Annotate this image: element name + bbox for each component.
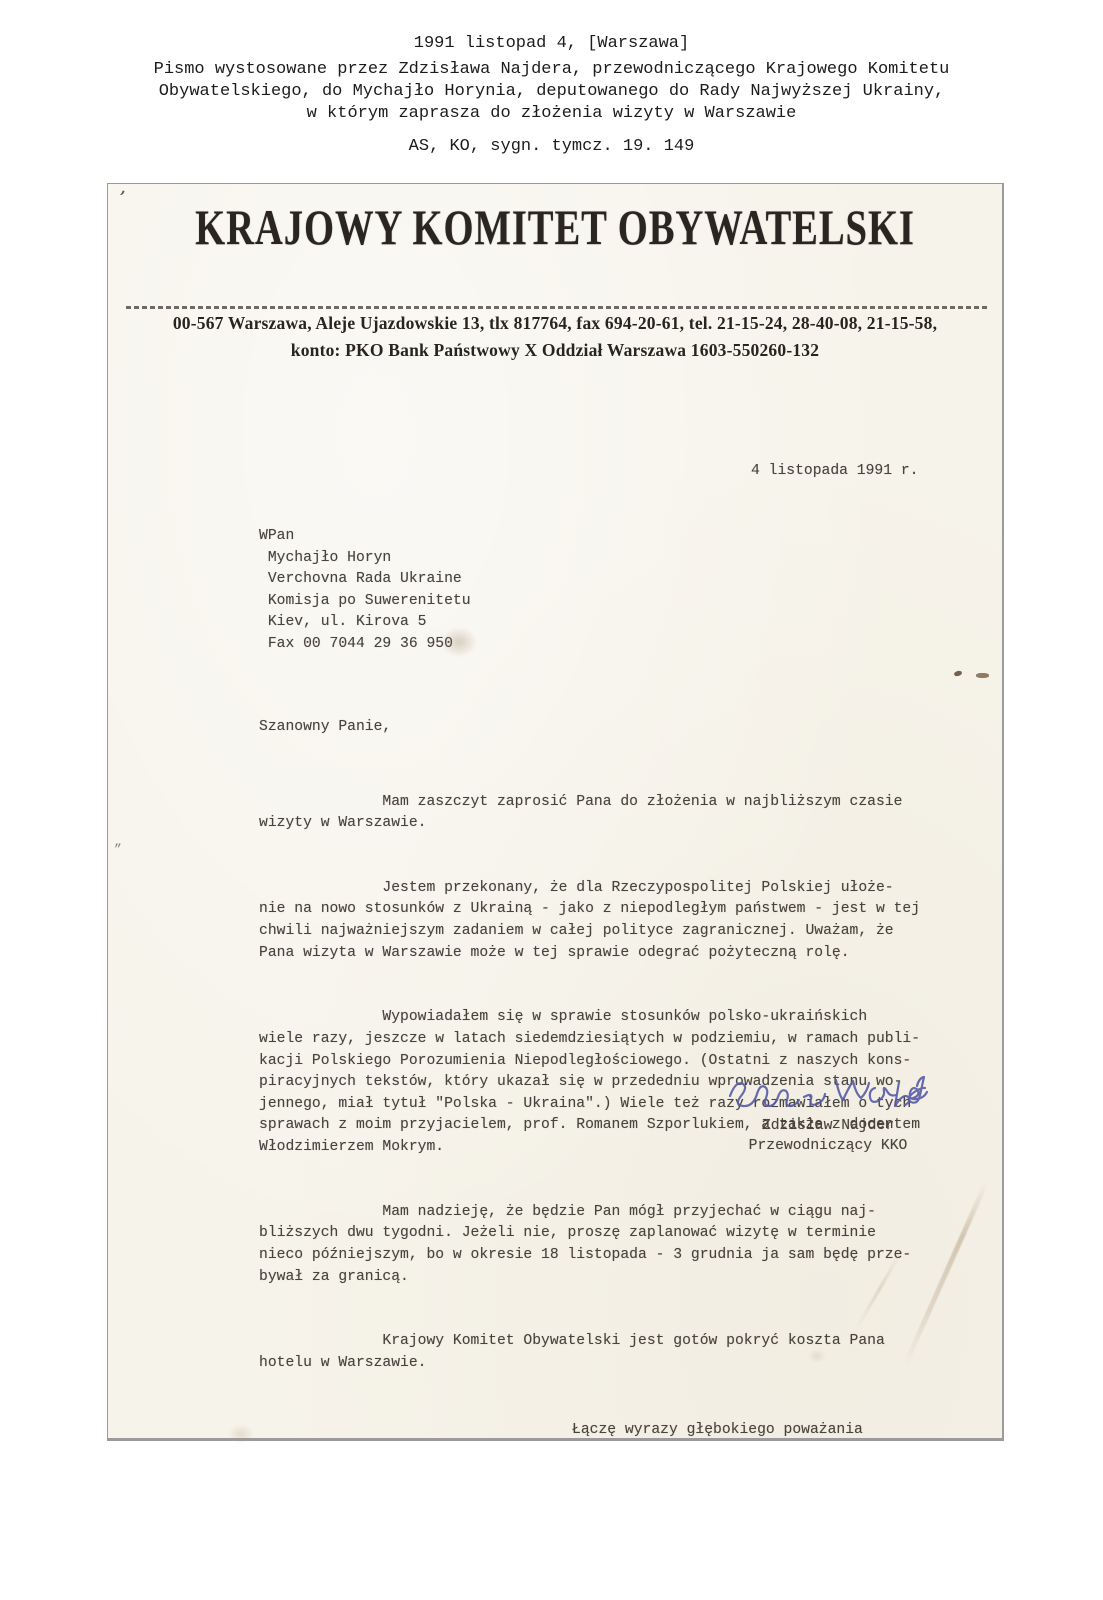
letterhead-title: KRAJOWY KOMITET OBYWATELSKI [144, 204, 966, 254]
letter-body: 4 listopada 1991 r. WPan Mychajło Horyn … [259, 418, 959, 1485]
letter-date: 4 listopada 1991 r. [751, 461, 959, 483]
recipient-address: WPan Mychajło Horyn Verchovna Rada Ukrai… [259, 526, 959, 656]
paragraph-2: Jestem przekonany, że dla Rzeczypospolit… [259, 878, 959, 964]
paper-speck [976, 673, 989, 678]
paper-margin-mark: „ [114, 834, 124, 850]
pen-tick-mark: ’ [115, 186, 127, 211]
paragraph-5: Krajowy Komitet Obywatelski jest gotów p… [259, 1331, 959, 1374]
signer-title: Przewodniczący KKO [668, 1136, 988, 1156]
letterhead-address-line1: 00-567 Warszawa, Aleje Ujazdowskie 13, t… [108, 313, 1002, 334]
salutation: Szanowny Panie, [259, 717, 959, 739]
archive-reference: AS, KO, sygn. tymcz. 19. 149 [0, 136, 1103, 158]
closing-line: Łączę wyrazy głębokiego poważania [572, 1420, 959, 1442]
signer-name: Zdzisław Najder [668, 1116, 988, 1136]
archive-note: 1991 listopad 4, [Warszawa] Pismo wystos… [0, 33, 1103, 158]
archive-description: Pismo wystosowane przez Zdzisława Najder… [0, 59, 1103, 125]
signature-handwriting-icon [723, 1066, 928, 1118]
paragraph-1: Mam zaszczyt zaprosić Pana do złożenia w… [259, 792, 959, 835]
scanned-letter-page: ’ KRAJOWY KOMITET OBYWATELSKI 00-567 War… [107, 183, 1004, 1441]
letterhead-divider [126, 306, 988, 309]
archive-date-line: 1991 listopad 4, [Warszawa] [0, 33, 1103, 55]
paragraph-4: Mam nadzieję, że będzie Pan mógł przyjec… [259, 1202, 959, 1288]
letterhead-address-line2: konto: PKO Bank Państwowy X Oddział Wars… [108, 340, 1002, 361]
paper-stain [228, 1424, 254, 1444]
signer-block: Zdzisław Najder Przewodniczący KKO [668, 1116, 988, 1156]
